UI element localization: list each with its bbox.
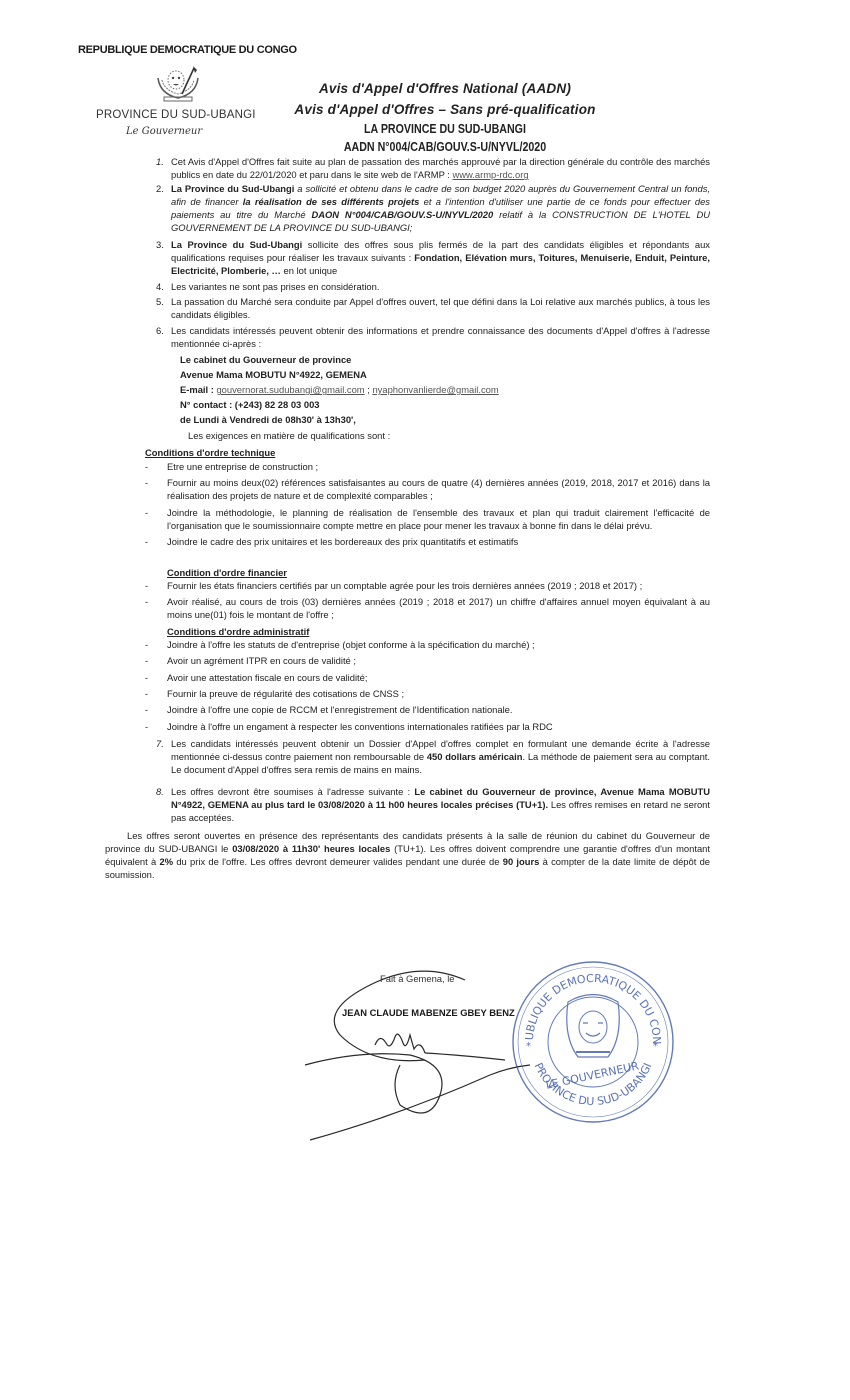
item-bold-text: la réalisation de ses différents projets xyxy=(243,196,420,207)
item-text: La passation du Marché sera conduite par… xyxy=(171,296,710,320)
title-line-2: Avis d'Appel d'Offres – Sans pré-qualifi… xyxy=(260,99,630,120)
contact-phone: N° contact : (+243) 82 28 03 003 xyxy=(180,397,710,412)
governor-label: Le Gouverneur xyxy=(126,126,202,137)
item-number: 6. xyxy=(156,324,164,337)
section-heading: Condition d'ordre financier xyxy=(145,566,710,579)
validity-period: 90 jours xyxy=(503,856,540,867)
svg-text:REPUBLIQUE DEMOCRATIQUE DU CON: REPUBLIQUE DEMOCRATIQUE DU CONGO xyxy=(508,957,663,1045)
guarantee-percent: 2% xyxy=(160,856,174,867)
place-date-line: Fait à Gemena, le xyxy=(380,973,455,984)
list-item: Joindre le cadre des prix unitaires et l… xyxy=(145,535,710,548)
stamp-top-text: REPUBLIQUE DEMOCRATIQUE DU CONGO xyxy=(508,957,663,1045)
numbered-item: 1. Cet Avis d'Appel d'Offres fait suite … xyxy=(150,155,710,182)
email-label: E-mail : xyxy=(180,384,216,395)
list-item: Avoir un agrément ITPR en cours de valid… xyxy=(145,654,710,667)
opening-datetime: 03/08/2020 à 11h30' heures locales xyxy=(232,843,390,854)
contact-hours: de Lundi à Vendredi de 08h30' à 13h30', xyxy=(180,412,710,427)
item-text: Cet Avis d'Appel d'Offres fait suite au … xyxy=(171,156,710,180)
list-item: Etre une entreprise de construction ; xyxy=(145,460,710,473)
item-number: 1. xyxy=(156,155,164,168)
title-line-1: Avis d'Appel d'Offres National (AADN) xyxy=(260,78,630,99)
document-page: REPUBLIQUE DEMOCRATIQUE DU CONGO PROVINC… xyxy=(0,0,850,1400)
list-item: Fournir les états financiers certifiés p… xyxy=(145,579,710,592)
svg-text:*: * xyxy=(653,1041,658,1052)
item-text: Les candidats intéressés peuvent obtenir… xyxy=(171,325,710,349)
republic-heading: REPUBLIQUE DEMOCRATIQUE DU CONGO xyxy=(78,44,297,56)
item-bold-text: La Province du Sud-Ubangi xyxy=(171,239,302,250)
official-stamp-icon: REPUBLIQUE DEMOCRATIQUE DU CONGO PROVINC… xyxy=(508,957,678,1127)
conditions-administrative: Conditions d'ordre administratif Joindre… xyxy=(145,625,710,733)
armp-website-link[interactable]: www.armp-rdc.org xyxy=(453,169,529,180)
contact-email-line: E-mail : gouvernorat.sudubangi@gmail.com… xyxy=(180,382,710,397)
item-number: 5. xyxy=(156,295,164,308)
email-link-2[interactable]: nyaphonvanlierde@gmail.com xyxy=(372,384,498,395)
numbered-item: 7. Les candidats intéressés peuvent obte… xyxy=(150,737,710,777)
item-number: 7. xyxy=(156,737,164,750)
conditions-technical: Conditions d'ordre technique Etre une en… xyxy=(145,446,710,548)
numbered-item: 6. Les candidats intéressés peuvent obte… xyxy=(150,324,710,351)
item-number: 4. xyxy=(156,280,164,293)
coat-of-arms-icon xyxy=(152,64,204,104)
fee-amount: 450 dollars américain xyxy=(427,751,523,762)
list-item: Joindre à l'offre un engament à respecte… xyxy=(145,720,710,733)
list-item: Avoir une attestation fiscale en cours d… xyxy=(145,671,710,684)
paragraph-text: du prix de l'offre. Les offres devront d… xyxy=(173,856,503,867)
svg-text:*: * xyxy=(526,1041,531,1052)
province-heading: PROVINCE DU SUD-UBANGI xyxy=(96,109,256,121)
list-item: Fournir au moins deux(02) références sat… xyxy=(145,476,710,503)
list-item: Fournir la preuve de régularité des coti… xyxy=(145,687,710,700)
email-link-1[interactable]: gouvernorat.sudubangi@gmail.com xyxy=(216,384,364,395)
item-text: Les offres devront être soumises à l'adr… xyxy=(171,786,414,797)
conditions-financial: Condition d'ordre financier Fournir les … xyxy=(145,566,710,622)
notice-body: 1. Cet Avis d'Appel d'Offres fait suite … xyxy=(150,155,710,882)
reference-number: AADN N°004/CAB/GOUV.S-U/NYVL/2020 xyxy=(293,138,596,156)
numbered-item: 4. Les variantes ne sont pas prises en c… xyxy=(150,280,710,293)
item-bold-text: La Province du Sud-Ubangi xyxy=(171,183,294,194)
section-heading: Conditions d'ordre technique xyxy=(145,446,710,459)
item-text: en lot unique xyxy=(281,265,337,276)
item-text: Les variantes ne sont pas prises en cons… xyxy=(171,281,379,292)
opening-paragraph: Les offres seront ouvertes en présence d… xyxy=(105,829,710,882)
section-heading: Conditions d'ordre administratif xyxy=(145,625,710,638)
item-number: 2. xyxy=(156,182,164,195)
item-number: 8. xyxy=(156,785,164,798)
contact-office: Le cabinet du Gouverneur de province xyxy=(180,352,710,367)
title-block: Avis d'Appel d'Offres National (AADN) Av… xyxy=(260,78,630,156)
contact-address: Avenue Mama MOBUTU N°4922, GEMENA xyxy=(180,367,710,382)
list-item: Joindre à l'offre les statuts de d'entre… xyxy=(145,638,710,651)
item-number: 3. xyxy=(156,238,164,251)
numbered-item: 2. La Province du Sud-Ubangi a sollicité… xyxy=(150,182,710,235)
title-line-3: LA PROVINCE DU SUD-UBANGI xyxy=(293,120,596,138)
list-item: Joindre à l'offre une copie de RCCM et l… xyxy=(145,703,710,716)
contact-block: Le cabinet du Gouverneur de province Ave… xyxy=(150,352,710,427)
numbered-item: 8. Les offres devront être soumises à l'… xyxy=(150,785,710,825)
signer-name: JEAN CLAUDE MABENZE GBEY BENZ xyxy=(342,1007,515,1018)
list-item: Joindre la méthodologie, le planning de … xyxy=(145,506,710,533)
market-reference: DAON N°004/CAB/GOUV.S-U/NYVL/2020 xyxy=(311,209,493,220)
numbered-item: 5. La passation du Marché sera conduite … xyxy=(150,295,710,322)
list-item: Avoir réalisé, au cours de trois (03) de… xyxy=(145,595,710,622)
signature-block: Fait à Gemena, le JEAN CLAUDE MABENZE GB… xyxy=(300,965,680,1145)
requirements-intro: Les exigences en matière de qualificatio… xyxy=(150,429,710,442)
numbered-item: 3. La Province du Sud-Ubangi sollicite d… xyxy=(150,238,710,278)
